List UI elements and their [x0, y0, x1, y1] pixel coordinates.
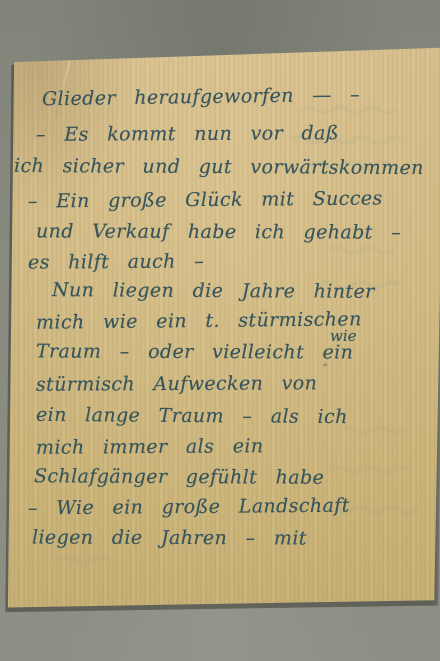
- handwritten-line: Glieder heraufgeworfen — –: [42, 84, 360, 110]
- handwritten-line: mich wie ein t. stürmischen: [36, 308, 362, 333]
- photo-background: Glieder heraufgeworfen — – – Es kommt nu…: [0, 0, 440, 661]
- handwritten-line: stürmisch Aufwecken von: [36, 372, 317, 395]
- handwritten-line: – Ein große Glück mit Succes: [28, 187, 383, 212]
- handwritten-line: es hilft auch –: [28, 250, 204, 273]
- handwritten-line: Schlafgänger gefühlt habe: [34, 465, 324, 489]
- letter-paper: Glieder heraufgeworfen — – – Es kommt nu…: [0, 0, 440, 661]
- letter-text: Glieder heraufgeworfen — – – Es kommt nu…: [0, 0, 440, 661]
- handwritten-line: ein lange Traum – als ich: [36, 404, 348, 428]
- handwritten-line: ich sicher und gut vorwärtskommen: [14, 155, 424, 179]
- handwritten-line: Traum – oder vielleicht ein: [36, 340, 353, 363]
- handwritten-line: und Verkauf habe ich gehabt –: [36, 220, 401, 243]
- handwritten-line: – Es kommt nun vor daß: [36, 122, 339, 146]
- handwritten-line: Nun liegen die Jahre hinter: [52, 279, 375, 303]
- handwritten-insertion-above-line: wie: [330, 327, 357, 345]
- handwritten-line: – Wie ein große Landschaft: [28, 495, 350, 520]
- handwritten-line: liegen die Jahren – mit: [32, 527, 307, 550]
- handwritten-line: mich immer als ein: [36, 435, 264, 459]
